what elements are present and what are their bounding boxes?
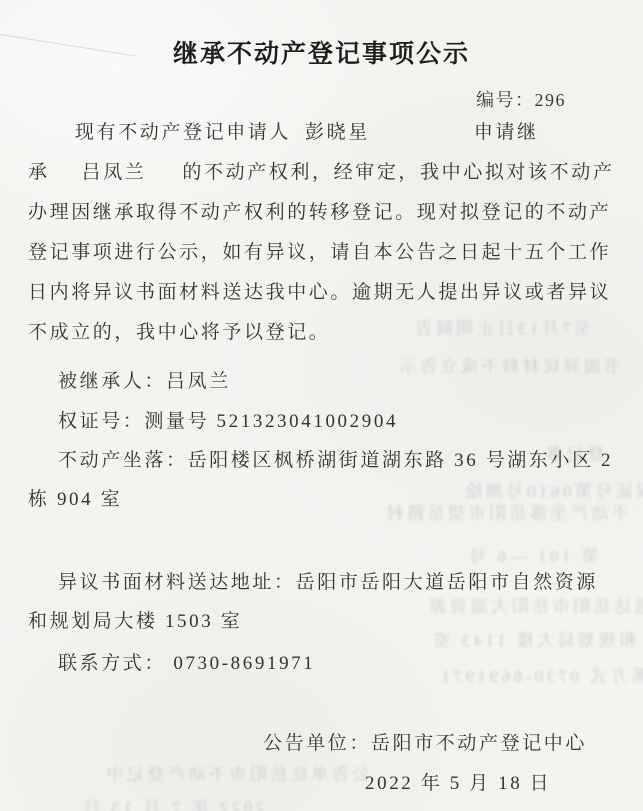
body-line-2-suffix: 的不动产权利，经审定，我中心拟对该不动产 <box>182 162 614 183</box>
page-title: 继承不动产登记事项公示 <box>0 34 643 70</box>
bleed-through-text: 2022 年 7 月 13 日 <box>80 793 264 811</box>
bleed-through-text: 至7月13日止期间告 <box>412 314 592 339</box>
bleed-through-text: 书面异议材料不成立告示 <box>396 352 622 377</box>
body-line-1: 现有不动产登记申请人彭晓星申请继 <box>75 117 539 144</box>
bleed-through-text: 送达岳阳市岳阳大道资源 <box>426 592 643 617</box>
bleed-through-text: 联系方式 0730-8691971 <box>438 662 643 687</box>
body-line-1-suffix: 申请继 <box>474 122 539 143</box>
body-line-2-prefix: 承 <box>28 162 50 183</box>
bleed-through-text: 公告单位岳阳市不动产登记中 <box>103 760 370 785</box>
body-line-3: 办理因继承取得不动产权利的转移登记。现对拟登记的不动产 <box>28 197 611 224</box>
bleed-through-text: 和规划局大楼 1143 室 <box>430 626 636 651</box>
field-objection-address-line-1: 异议书面材料送达地址：岳阳市岳阳大道岳阳市自然资源 <box>58 567 598 594</box>
scanned-notice-page: 至7月13日止期间告 书面异议材料不成立告示 登记事 权证号第0610号测绘 不… <box>0 0 643 811</box>
body-line-5: 日内将异议书面材料送达我中心。逾期无人提出异议或者异议 <box>28 277 611 304</box>
body-line-6: 不成立的，我中心将予以登记。 <box>28 317 330 344</box>
field-cert-no: 权证号：测量号 521323041002904 <box>58 406 398 433</box>
footer-issuer: 公告单位：岳阳市不动产登记中心 <box>263 728 587 755</box>
footer-date: 2022 年 5 月 18 日 <box>365 768 551 795</box>
doc-number: 编号：296 <box>476 86 566 112</box>
field-location-line-2: 栋 904 室 <box>28 484 122 511</box>
body-line-2: 承吕凤兰的不动产权利，经审定，我中心拟对该不动产 <box>28 157 614 184</box>
body-line-1-prefix: 现有不动产登记申请人 <box>75 122 291 143</box>
bleed-through-text: 第 101 —6 号 <box>466 542 599 567</box>
bleed-through-text: 不动产坐落岳阳市望岳路村 <box>383 499 629 524</box>
field-contact: 联系方式： 0730-8691971 <box>58 648 315 675</box>
body-line-4: 登记事项进行公示，如有异议，请自本公告之日起十五个工作 <box>28 237 611 264</box>
decedent-name-inline: 吕凤兰 <box>82 162 147 183</box>
field-decedent: 被继承人：吕凤兰 <box>58 366 231 393</box>
field-objection-address-line-2: 和规划局大楼 1503 室 <box>28 606 242 633</box>
applicant-name: 彭晓星 <box>305 122 370 143</box>
field-location-line-1: 不动产坐落：岳阳楼区枫桥湖街道湖东路 36 号湖东小区 2 <box>58 445 613 472</box>
